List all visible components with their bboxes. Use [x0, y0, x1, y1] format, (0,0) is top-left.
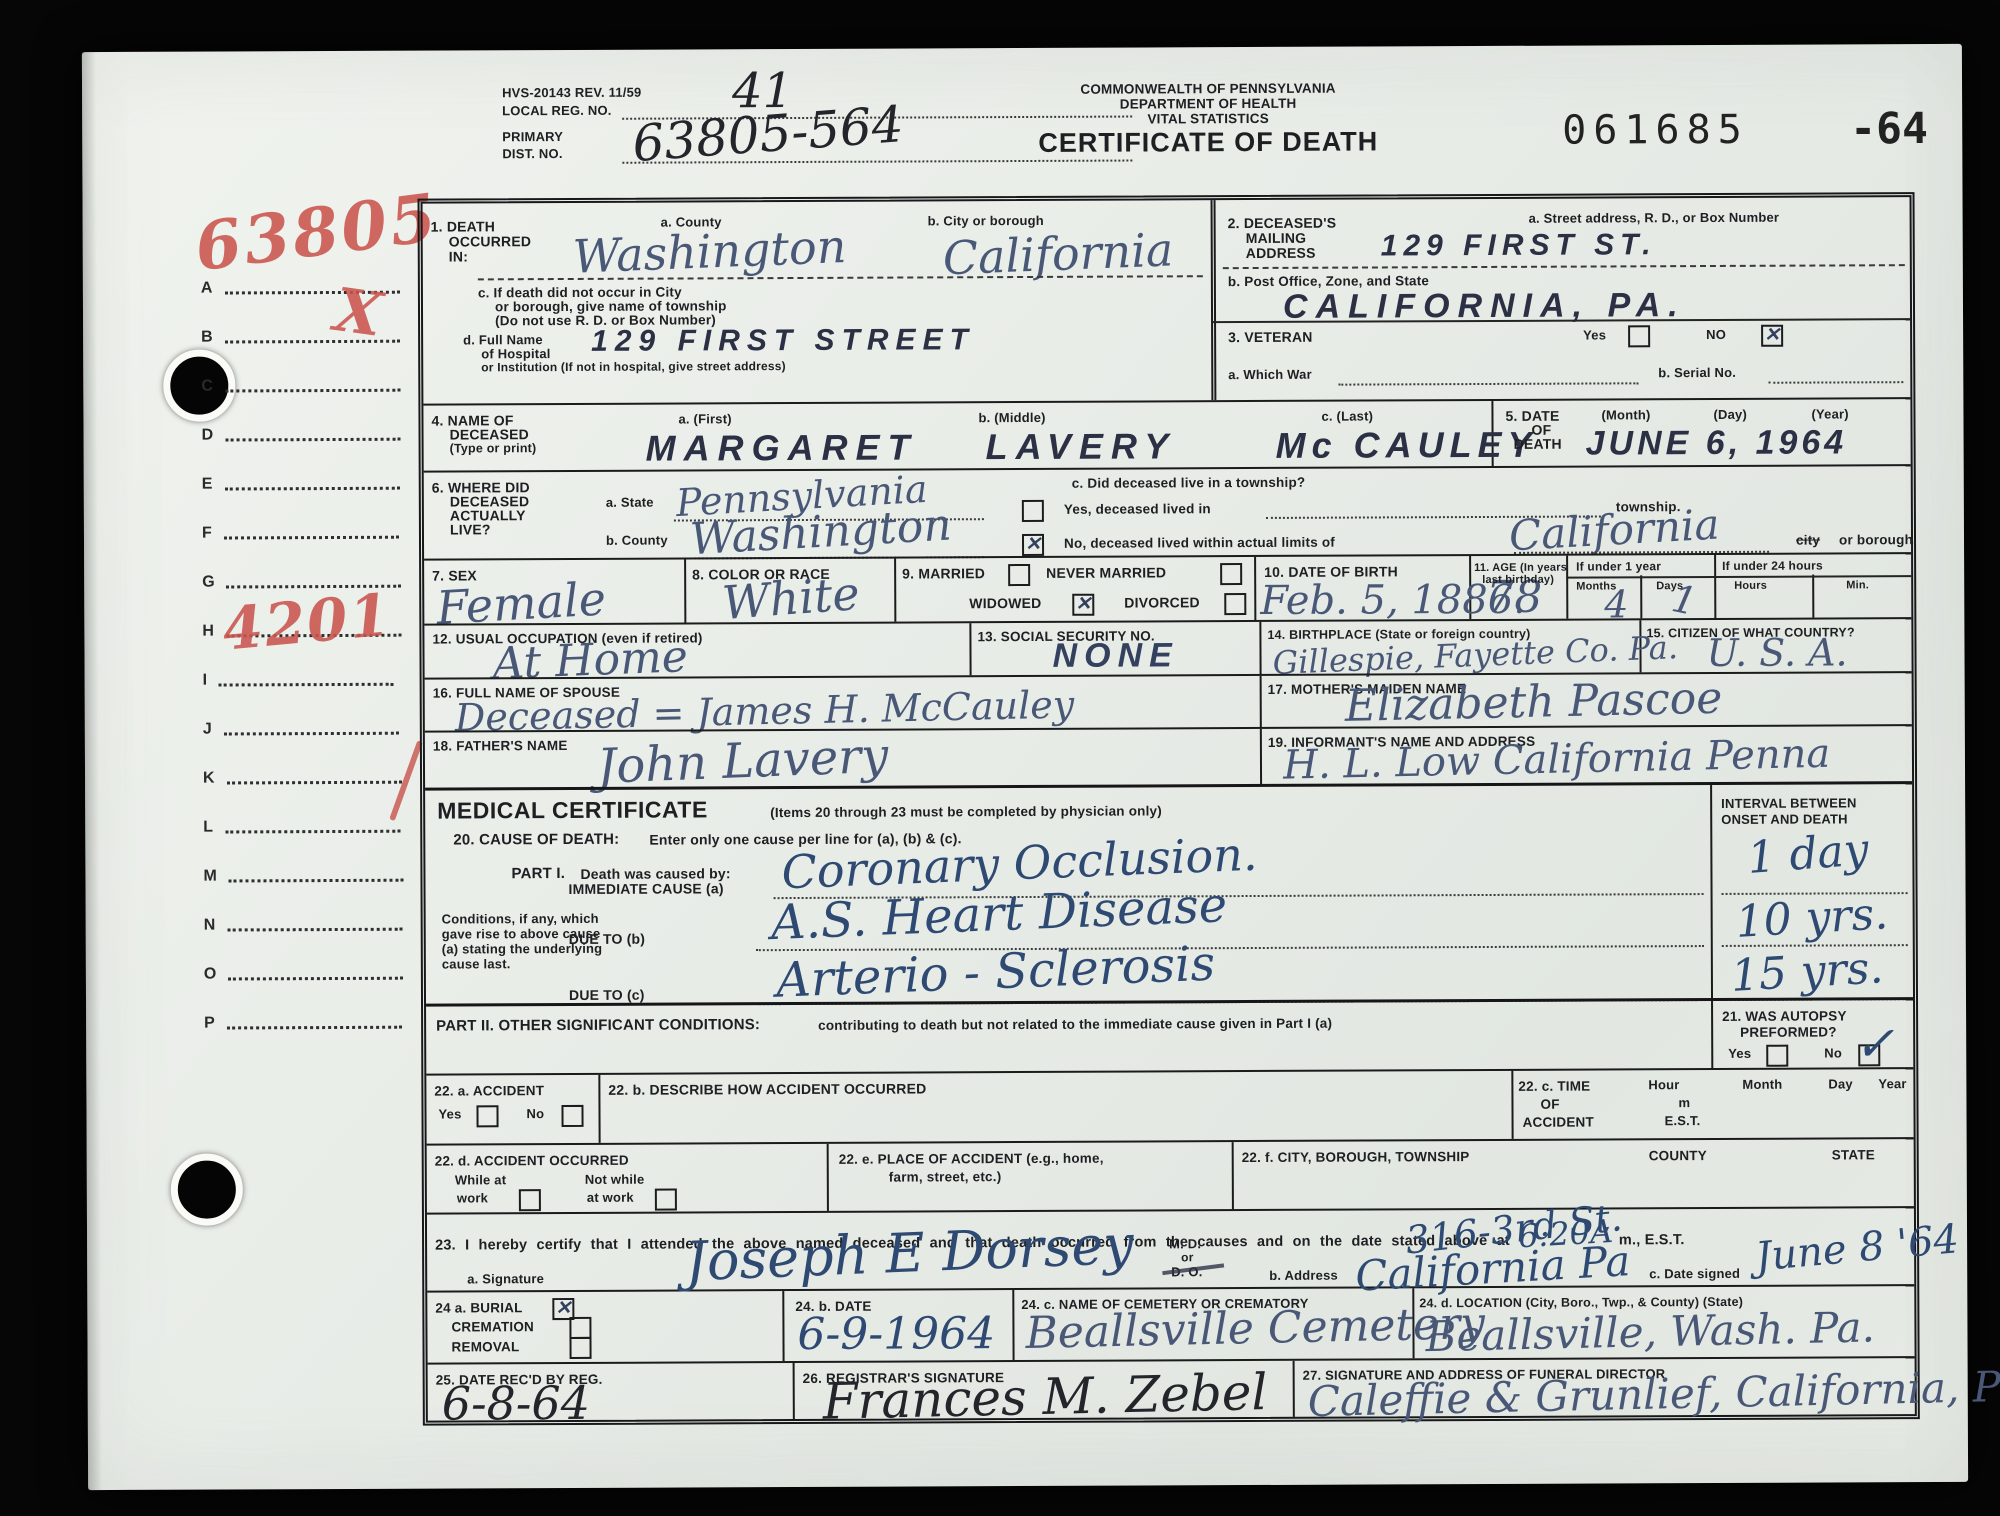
accident-no-checkbox [561, 1105, 583, 1127]
s20-cause-c-value: Arterio - Sclerosis [775, 940, 1216, 1005]
x-mark: ✕ [1025, 533, 1041, 555]
x-mark: ✕ [1764, 324, 1780, 346]
s23-address-label: b. Address [1269, 1269, 1338, 1284]
dotted-line [227, 1024, 402, 1030]
row-burial: 24 a. BURIAL ✕ CREMATION REMOVAL 24. b. … [427, 1284, 1914, 1362]
s17-mother-value: Elizabeth Pascoe [1344, 677, 1722, 729]
margin-letter: H [202, 623, 214, 641]
s22f-state-label: STATE [1832, 1147, 1875, 1162]
divider [894, 559, 896, 622]
s6-county-label: b. County [606, 534, 668, 549]
divider [1260, 729, 1262, 784]
dotted-line [224, 534, 399, 540]
dotted-line [229, 877, 404, 883]
veteran-yes-checkbox [1628, 325, 1650, 347]
cremation-checkbox [569, 1317, 591, 1339]
s22c-month-label: Month [1742, 1078, 1782, 1093]
never-married-checkbox [1220, 563, 1242, 585]
agency-line-3: VITAL STATISTICS [952, 110, 1464, 127]
s20-interval-c-value: 15 yrs. [1730, 946, 1885, 999]
s21-autopsy-label: PREFORMED? [1740, 1024, 1837, 1040]
divider [1211, 200, 1217, 400]
divider [1511, 1071, 1513, 1139]
s9-married-label: 9. MARRIED [902, 566, 985, 582]
divider [1710, 785, 1713, 998]
row-registrar: 25. DATE REC'D BY REG. 6-8-64 26. REGIST… [428, 1356, 1915, 1420]
dotted-line [228, 975, 403, 981]
s22c-day-label: Day [1828, 1077, 1853, 1092]
s20-conditions-note: Conditions, if any, which [442, 912, 599, 927]
s3-no-label: NO [1706, 328, 1726, 343]
divider [969, 623, 971, 675]
certificate-number-suffix: -64 [1850, 104, 1928, 154]
document-title: CERTIFICATE OF DEATH [952, 126, 1464, 158]
s22a-no-label: No [526, 1107, 544, 1122]
row-accident-2: 22. d. ACCIDENT OCCURRED While at work N… [427, 1137, 1914, 1212]
medical-certificate-title: MEDICAL CERTIFICATE [437, 797, 708, 824]
s6-borough-suffix: or borough. [1839, 532, 1917, 547]
s1-hospital-label: or Institution (If not in hospital, give… [481, 360, 786, 375]
s11-hours-label: Hours [1734, 580, 1767, 592]
s6-no-text: No, deceased lived within actual limits … [1064, 535, 1335, 551]
divider [598, 1075, 600, 1143]
s4-first-value: MARGARET [646, 429, 918, 466]
s5-month-label: (Month) [1601, 408, 1650, 423]
dotted-line [225, 436, 400, 442]
s23-signature-value: Joseph E Dorsey [684, 1218, 1134, 1290]
dotted-line [225, 828, 400, 834]
s1-county-value: Washington [572, 223, 847, 280]
margin-letter: B [201, 329, 213, 347]
s11-age-label: 11. AGE (In years [1474, 562, 1567, 575]
s22c-label: 22. c. TIME [1518, 1079, 1590, 1094]
veteran-no-checkbox: ✕ [1761, 325, 1783, 347]
s23-signature-label: a. Signature [467, 1272, 544, 1287]
s23-or-label: or [1181, 1251, 1193, 1264]
row-death-occurred: 1. DEATH OCCURRED IN: a. County Washingt… [423, 197, 1911, 403]
s24-date-value: 6-9-1964 [797, 1312, 995, 1357]
divider [793, 1363, 795, 1419]
s18-father-value: John Lavery [596, 732, 889, 791]
row-accident-1: 22. a. ACCIDENT Yes No 22. b. DESCRIBE H… [426, 1067, 1913, 1143]
divider [782, 1291, 784, 1361]
margin-letter: C [201, 378, 213, 396]
s22c-label: OF [1540, 1097, 1559, 1112]
s21-yes-label: Yes [1728, 1047, 1751, 1062]
x-mark: ✕ [1075, 593, 1091, 615]
s6-yes-text: Yes, deceased lived in [1064, 501, 1211, 517]
dotted-line [224, 730, 399, 736]
s5-year-label: (Year) [1811, 407, 1848, 422]
accident-yes-checkbox [476, 1105, 498, 1127]
s20-part1-label: PART I. [511, 866, 565, 883]
s20-immediate-label: IMMEDIATE CAUSE (a) [568, 881, 723, 897]
s22e-label: farm, street, etc.) [889, 1169, 1002, 1185]
divorced-checkbox [1224, 593, 1246, 615]
s5-day-label: (Day) [1713, 408, 1747, 423]
s21-no-label: No [1824, 1046, 1842, 1061]
dotted-line [1338, 380, 1638, 385]
s15-citizen-value: U. S. A. [1706, 633, 1847, 672]
row-part2: PART II. OTHER SIGNIFICANT CONDITIONS: c… [426, 997, 1913, 1073]
certificate-number: 061685 [1562, 107, 1749, 154]
s23-datesigned-label: c. Date signed [1649, 1267, 1740, 1282]
interval-label: ONSET AND DEATH [1721, 812, 1848, 827]
s22c-hour-label: Hour [1648, 1078, 1679, 1093]
s22a-yes-label: Yes [438, 1107, 461, 1122]
margin-letter: F [202, 525, 212, 543]
s3-veteran-label: 3. VETERAN [1228, 330, 1313, 346]
s11-min-label: Min. [1846, 579, 1869, 591]
primary-label: PRIMARY [502, 130, 563, 145]
margin-letter: L [203, 819, 213, 837]
margin-letter: O [204, 966, 217, 984]
margin-letter: N [204, 917, 216, 935]
s22c-m-label: m [1678, 1096, 1690, 1111]
s20-interval-a-value: 1 day [1746, 828, 1870, 881]
divider [1259, 622, 1261, 674]
part2-text: contributing to death but not related to… [818, 1016, 1332, 1033]
s5-label: DEATH [1514, 437, 1562, 453]
s20-conditions-note: cause last. [442, 957, 511, 972]
divider [827, 1144, 829, 1211]
divider [1640, 575, 1642, 618]
s24-location-value: Beallsville, Wash. Pa. [1425, 1306, 1875, 1358]
medical-certificate-block: MEDICAL CERTIFICATE (Items 20 through 23… [425, 781, 1913, 1003]
row-father: 18. FATHER'S NAME John Lavery 19. INFORM… [425, 724, 1912, 787]
check-mark: ✓ [1854, 1020, 1894, 1068]
margin-letter: M [203, 868, 216, 886]
autopsy-yes-checkbox [1766, 1045, 1788, 1067]
row-residence: 6. WHERE DID DECEASED ACTUALLY LIVE? a. … [424, 464, 1911, 558]
s4-first-label: a. (First) [678, 412, 731, 427]
divider [1711, 1001, 1713, 1068]
divider [1812, 575, 1814, 618]
punch-hole-bottom [171, 1153, 243, 1225]
certificate-form: 1. DEATH OCCURRED IN: a. County Washingt… [418, 192, 1920, 1426]
s6-label: LIVE? [450, 522, 491, 538]
s1-city-value: California [942, 226, 1174, 281]
form-code: HVS-20143 REV. 11/59 [502, 86, 641, 101]
row-certification: 23. I hereby certify that I attended the… [427, 1206, 1914, 1290]
row-name-of-deceased: 4. NAME OF DECEASED (Type or print) a. (… [423, 397, 1910, 470]
s11-under1-label: If under 1 year [1576, 560, 1661, 574]
dotted-line [227, 926, 402, 932]
s9-widowed-label: WIDOWED [969, 596, 1041, 612]
s24-removal-label: REMOVAL [451, 1339, 519, 1354]
s18-father-label: 18. FATHER'S NAME [433, 738, 568, 754]
s22f-label: 22. f. CITY, BOROUGH, TOWNSHIP [1242, 1149, 1470, 1165]
margin-letter: G [202, 574, 215, 592]
divider [1566, 574, 1911, 579]
red-filing-number-2: 4201 [220, 586, 394, 659]
s3-whichwar-label: a. Which War [1228, 368, 1312, 383]
margin-letter: D [202, 427, 214, 445]
s24-cemetery-value: Beallsville Cemetery [1025, 1302, 1485, 1356]
s20-due-c-label: DUE TO (c) [569, 988, 645, 1004]
s24-cremation-label: CREMATION [451, 1319, 534, 1334]
s20-interval-b-value: 10 yrs. [1735, 892, 1890, 945]
s6-county-value: Washington [689, 504, 953, 563]
dotted-line [225, 387, 400, 393]
s22e-label: 22. e. PLACE OF ACCIDENT (e.g., home, [839, 1151, 1104, 1167]
married-checkbox [1008, 564, 1030, 586]
scanned-death-certificate: A B C D E F G H I J K L M N O P 63805 X … [0, 0, 2000, 1516]
s1-city-label: b. City or borough [928, 214, 1044, 229]
margin-index: A B C D E F G H I J K L M N O P [82, 44, 1962, 52]
s4-middle-label: b. (Middle) [978, 411, 1045, 426]
s9-never-married-label: NEVER MARRIED [1046, 565, 1166, 581]
dotted-line [224, 485, 399, 491]
divider [684, 559, 686, 622]
divider [1232, 1142, 1234, 1209]
s25-received-value: 6-8-64 [442, 1380, 590, 1427]
s1-hospital-value: 129 FIRST STREET [591, 325, 975, 357]
divider [1293, 1361, 1295, 1417]
s22c-est-label: E.S.T. [1665, 1114, 1701, 1129]
s22a-label: 22. a. ACCIDENT [434, 1083, 544, 1099]
not-while-at-work-checkbox [655, 1189, 677, 1211]
local-reg-label: LOCAL REG. NO. [502, 104, 612, 119]
s2-label: ADDRESS [1246, 246, 1316, 262]
s22c-year-label: Year [1878, 1077, 1906, 1092]
s22b-label: 22. b. DESCRIBE HOW ACCIDENT OCCURRED [608, 1081, 926, 1098]
s20-cause-label: 20. CAUSE OF DEATH: [453, 832, 619, 850]
s3-yes-label: Yes [1583, 328, 1606, 343]
s21-autopsy-label: 21. WAS AUTOPSY [1722, 1008, 1847, 1024]
s6-state-label: a. State [606, 496, 654, 511]
dotted-line [219, 681, 394, 687]
divider [1260, 676, 1262, 727]
while-at-work-checkbox [519, 1189, 541, 1211]
s11-under24-label: If under 24 hours [1722, 560, 1823, 574]
s5-value: JUNE 6, 1964 [1586, 425, 1848, 460]
margin-letter: K [203, 770, 215, 788]
township-yes-checkbox [1022, 500, 1044, 522]
part2-label: PART II. OTHER SIGNIFICANT CONDITIONS: [436, 1017, 760, 1035]
s13-ssn-value: NONE [1052, 638, 1178, 673]
s24-burial-label: 24 a. BURIAL [435, 1300, 522, 1315]
row-spouse: 16. FULL NAME OF SPOUSE Deceased = James… [425, 671, 1912, 730]
dotted-line [227, 779, 402, 785]
dotted-line [1768, 379, 1903, 384]
s4-last-label: c. (Last) [1321, 409, 1373, 424]
widowed-checkbox: ✕ [1072, 594, 1094, 616]
s27-funeral-value: Caleffie & Grunlief, California, Pa. [1307, 1365, 2000, 1423]
s26-registrar-value: Frances M. Zebel [822, 1367, 1268, 1427]
margin-letter: P [204, 1015, 215, 1033]
s2-street-label: a. Street address, R. D., or Box Number [1529, 211, 1780, 227]
certificate-paper: A B C D E F G H I J K L M N O P 63805 X … [82, 44, 1968, 1490]
s22c-label: ACCIDENT [1523, 1115, 1594, 1130]
divider [1254, 557, 1256, 620]
divider [1223, 263, 1905, 269]
s6-city-struck: city [1796, 533, 1820, 548]
s2-street-value: 129 FIRST ST. [1381, 230, 1657, 261]
dist-no-label: DIST. NO. [502, 147, 562, 162]
margin-letter: I [203, 672, 208, 690]
s11-age-label: last birthday) [1482, 574, 1554, 587]
s22f-county-label: COUNTY [1649, 1148, 1707, 1163]
margin-letter: J [203, 721, 212, 739]
medical-certificate-subtitle: (Items 20 through 23 must be completed b… [770, 803, 1162, 820]
s8-race-value: White [721, 570, 861, 626]
s9-divorced-label: DIVORCED [1124, 595, 1200, 611]
s4-middle-value: LAVERY [986, 428, 1177, 465]
s20-due-b-label: DUE TO (b) [569, 932, 645, 948]
s4-last-value: Mc CAULEY [1276, 427, 1538, 464]
s19-informant-value: H. L. Low California Penna [1283, 734, 1831, 786]
divider [1012, 1290, 1014, 1360]
s22d-notwhile-label: at work [587, 1191, 634, 1206]
row-occupation: 12. USUAL OCCUPATION (even if retired) A… [424, 617, 1911, 677]
s22d-label: 22. d. ACCIDENT OCCURRED [435, 1153, 629, 1169]
x-mark: ✕ [555, 1297, 571, 1319]
s6-township-question: c. Did deceased live in a township? [1072, 475, 1306, 491]
margin-letter: E [202, 476, 213, 494]
s22d-while-label: work [457, 1191, 488, 1206]
row-vitals: 7. SEX Female 8. COLOR OR RACE White 9. … [424, 552, 1911, 623]
s22d-while-label: While at [455, 1173, 507, 1188]
red-filing-number: 63805 [191, 184, 442, 280]
removal-checkbox [569, 1337, 591, 1359]
township-no-checkbox: ✕ [1022, 534, 1044, 556]
red-x-mark: X [331, 280, 385, 346]
s4-label: (Type or print) [450, 441, 537, 455]
s22d-notwhile-label: Not while [585, 1173, 645, 1188]
divider [1714, 555, 1716, 618]
s1-label: IN: [449, 249, 468, 265]
interval-label: INTERVAL BETWEEN [1721, 796, 1856, 811]
s3-serial-label: b. Serial No. [1658, 366, 1736, 381]
